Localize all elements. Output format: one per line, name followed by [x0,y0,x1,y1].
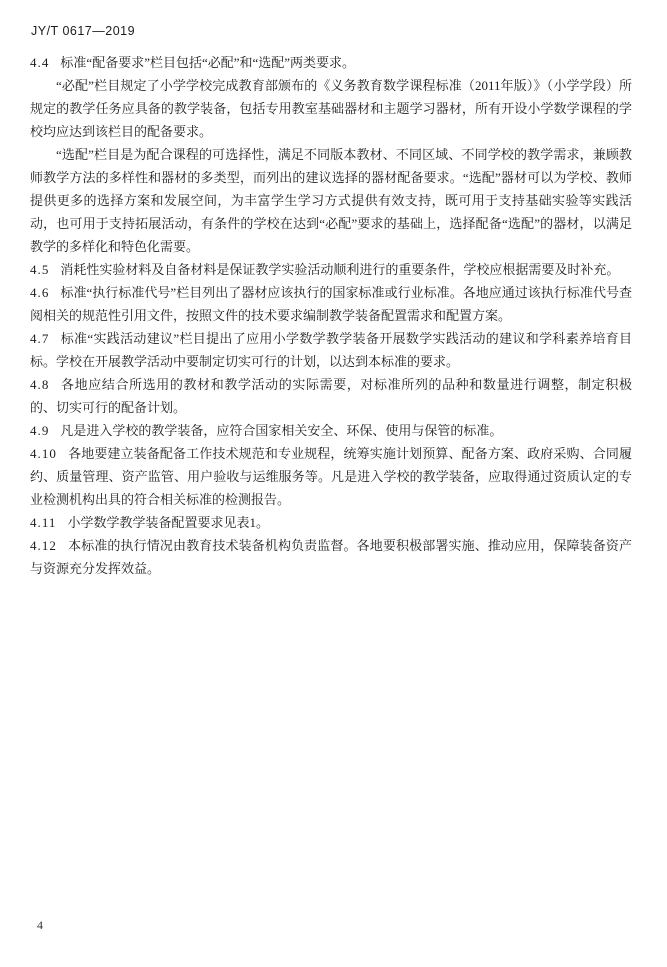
clause-text: 标准“实践活动建议”栏目提出了应用小学数学教学装备开展数学实践活动的建议和学科素… [30,331,632,369]
clause-text: 本标准的执行情况由教育技术装备机构负责监督。各地要积极部署实施、推动应用，保障装… [30,538,632,576]
clause-text: 标准“执行标准代号”栏目列出了器材应该执行的国家标准或行业标准。各地应通过该执行… [30,285,632,323]
clause-text: “选配”栏目是为配合课程的可选择性，满足不同版本教材、不同区域、不同学校的教学需… [30,147,632,254]
clause-number: 4.5 [30,262,49,277]
clause-number: 4.6 [30,285,49,300]
clause-text: 凡是进入学校的教学装备，应符合国家相关安全、环保、使用与保管的标准。 [60,423,502,438]
clause-number: 4.7 [30,331,49,346]
clause-text: 各地要建立装备配备工作技术规范和专业规程，统筹实施计划预算、配备方案、政府采购、… [30,446,632,507]
clause-number: 4.4 [30,55,49,70]
paragraph-4-7: 4.7标准“实践活动建议”栏目提出了应用小学数学教学装备开展数学实践活动的建议和… [30,327,632,373]
clause-text: “必配”栏目规定了小学学校完成教育部颁布的《义务教育数学课程标准（2011年版）… [30,78,632,139]
clause-text: 小学数学教学装备配置要求见表1。 [67,515,269,530]
document-page: JY/T 0617—2019 4.4标准“配备要求”栏目包括“必配”和“选配”两… [0,0,667,967]
paragraph-4-6: 4.6标准“执行标准代号”栏目列出了器材应该执行的国家标准或行业标准。各地应通过… [30,281,632,327]
document-body: 4.4标准“配备要求”栏目包括“必配”和“选配”两类要求。 “必配”栏目规定了小… [30,51,632,580]
paragraph-xuanpei: “选配”栏目是为配合课程的可选择性，满足不同版本教材、不同区域、不同学校的教学需… [30,143,632,258]
paragraph-bipei: “必配”栏目规定了小学学校完成教育部颁布的《义务教育数学课程标准（2011年版）… [30,74,632,143]
paragraph-4-11: 4.11小学数学教学装备配置要求见表1。 [30,511,632,534]
paragraph-4-12: 4.12本标准的执行情况由教育技术装备机构负责监督。各地要积极部署实施、推动应用… [30,534,632,580]
clause-text: 各地应结合所选用的教材和教学活动的实际需要，对标准所列的品种和数量进行调整，制定… [30,377,632,415]
page-number: 4 [37,918,43,933]
clause-number: 4.10 [30,446,57,461]
clause-number: 4.12 [30,538,57,553]
clause-number: 4.9 [30,423,49,438]
standard-code-header: JY/T 0617—2019 [31,24,135,38]
paragraph-4-10: 4.10各地要建立装备配备工作技术规范和专业规程，统筹实施计划预算、配备方案、政… [30,442,632,511]
paragraph-4-5: 4.5消耗性实验材料及自备材料是保证教学实验活动顺利进行的重要条件，学校应根据需… [30,258,632,281]
paragraph-4-8: 4.8各地应结合所选用的教材和教学活动的实际需要，对标准所列的品种和数量进行调整… [30,373,632,419]
paragraph-4-9: 4.9凡是进入学校的教学装备，应符合国家相关安全、环保、使用与保管的标准。 [30,419,632,442]
clause-text: 消耗性实验材料及自备材料是保证教学实验活动顺利进行的重要条件，学校应根据需要及时… [60,262,619,277]
clause-text: 标准“配备要求”栏目包括“必配”和“选配”两类要求。 [60,55,355,70]
paragraph-4-4: 4.4标准“配备要求”栏目包括“必配”和“选配”两类要求。 [30,51,632,74]
clause-number: 4.11 [30,515,56,530]
clause-number: 4.8 [30,377,49,392]
